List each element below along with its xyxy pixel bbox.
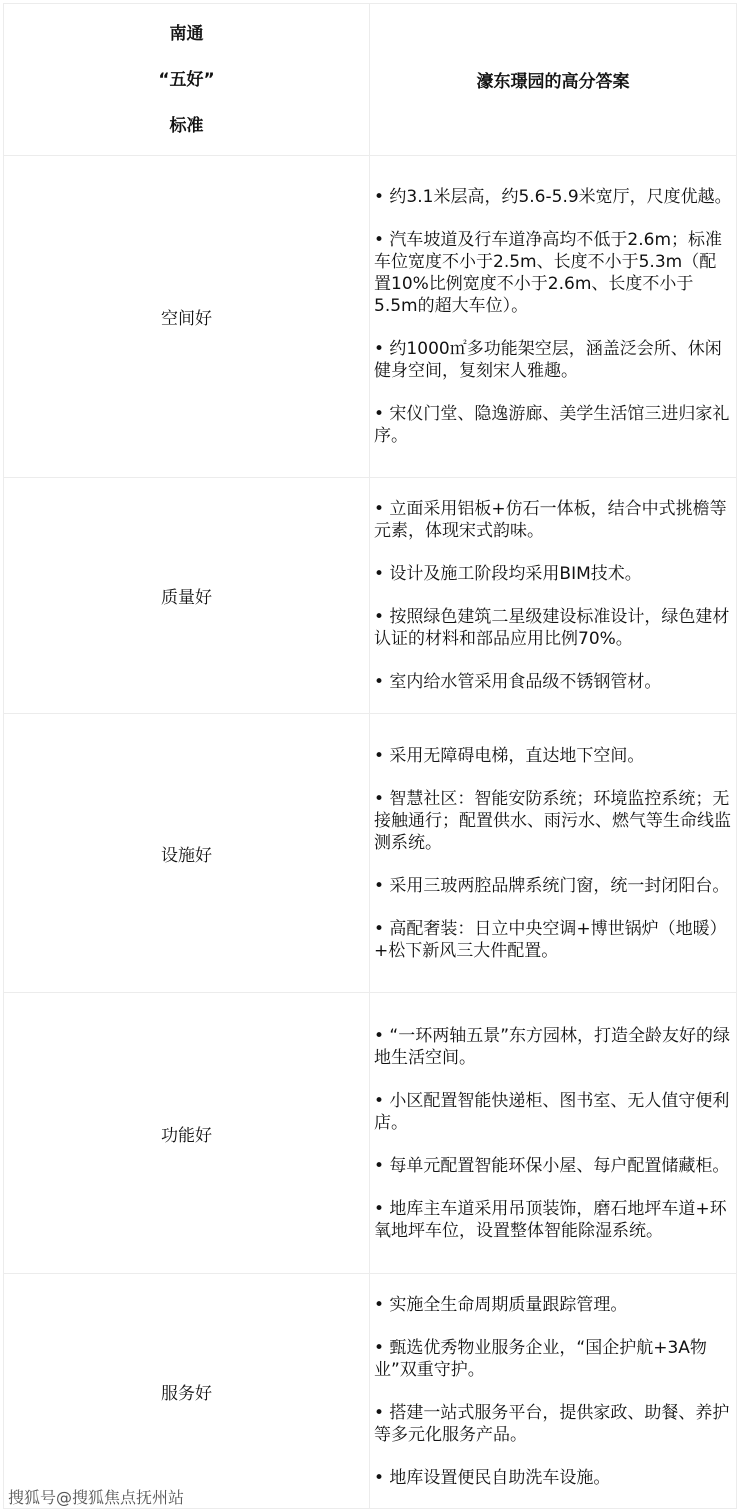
table-row: 服务好 • 实施全生命周期质量跟踪管理。 • 甄选优秀物业服务企业，“国企护航+… [4, 1274, 737, 1509]
list-item: • 地库主车道采用吊顶装饰，磨石地坪车道+环氧地坪车位，设置整体智能除湿系统。 [374, 1198, 732, 1242]
list-item: • 智慧社区：智能安防系统；环境监控系统；无接触通行；配置供水、雨污水、燃气等生… [374, 788, 732, 854]
list-item: • 甄选优秀物业服务企业，“国企护航+3A物业”双重守护。 [374, 1337, 732, 1381]
table-row: 空间好 • 约3.1米层高，约5.6-5.9米宽厅，尺度优越。 • 汽车坡道及行… [4, 156, 737, 478]
list-item: • 搭建一站式服务平台，提供家政、助餐、养护等多元化服务产品。 [374, 1402, 732, 1446]
table-header-row: 南通 “五好” 标准 濠东璟园的高分答案 [4, 4, 737, 156]
list-item: • 约3.1米层高，约5.6-5.9米宽厅，尺度优越。 [374, 186, 732, 208]
five-good-standards-table: 南通 “五好” 标准 濠东璟园的高分答案 空间好 • 约3.1米层高，约5.6-… [3, 3, 737, 1509]
list-item: • 汽车坡道及行车道净高均不低于2.6m；标准车位宽度不小于2.5m、长度不小于… [374, 229, 732, 317]
list-item: • 实施全生命周期质量跟踪管理。 [374, 1294, 732, 1316]
header-answer-cell: 濠东璟园的高分答案 [370, 4, 737, 156]
table-row: 设施好 • 采用无障碍电梯，直达地下空间。 • 智慧社区：智能安防系统；环境监控… [4, 714, 737, 993]
list-item: • 每单元配置智能环保小屋、每户配置储藏柜。 [374, 1155, 732, 1177]
row-label: 空间好 [4, 156, 370, 478]
row-content: • 立面采用铝板+仿石一体板，结合中式挑檐等元素，体现宋式韵味。 • 设计及施工… [370, 478, 737, 714]
header-line: “五好” [4, 57, 369, 103]
row-label: 服务好 [4, 1274, 370, 1509]
list-item: • 宋仪门堂、隐逸游廊、美学生活馆三进归家礼序。 [374, 403, 732, 447]
header-line: 标准 [4, 103, 369, 149]
list-item: • 地库设置便民自助洗车设施。 [374, 1467, 732, 1489]
row-content: • 实施全生命周期质量跟踪管理。 • 甄选优秀物业服务企业，“国企护航+3A物业… [370, 1274, 737, 1509]
row-label: 功能好 [4, 993, 370, 1274]
list-item: • 设计及施工阶段均采用BIM技术。 [374, 563, 732, 585]
source-watermark: 搜狐号@搜狐焦点抚州站 [8, 1485, 184, 1508]
header-line: 南通 [4, 11, 369, 57]
row-content: • 约3.1米层高，约5.6-5.9米宽厅，尺度优越。 • 汽车坡道及行车道净高… [370, 156, 737, 478]
row-content: • “一环两轴五景”东方园林，打造全龄友好的绿地生活空间。 • 小区配置智能快递… [370, 993, 737, 1274]
list-item: • 小区配置智能快递柜、图书室、无人值守便利店。 [374, 1090, 732, 1134]
row-label: 设施好 [4, 714, 370, 993]
list-item: • 按照绿色建筑二星级建设标准设计，绿色建材认证的材料和部品应用比例70%。 [374, 606, 732, 650]
list-item: • “一环两轴五景”东方园林，打造全龄友好的绿地生活空间。 [374, 1025, 732, 1069]
table-row: 功能好 • “一环两轴五景”东方园林，打造全龄友好的绿地生活空间。 • 小区配置… [4, 993, 737, 1274]
table-row: 质量好 • 立面采用铝板+仿石一体板，结合中式挑檐等元素，体现宋式韵味。 • 设… [4, 478, 737, 714]
row-label: 质量好 [4, 478, 370, 714]
list-item: • 室内给水管采用食品级不锈钢管材。 [374, 671, 732, 693]
header-standard-cell: 南通 “五好” 标准 [4, 4, 370, 156]
list-item: • 采用三玻两腔品牌系统门窗，统一封闭阳台。 [374, 875, 732, 897]
list-item: • 高配奢装：日立中央空调+博世锅炉（地暖）+松下新风三大件配置。 [374, 918, 732, 962]
list-item: • 立面采用铝板+仿石一体板，结合中式挑檐等元素，体现宋式韵味。 [374, 498, 732, 542]
row-content: • 采用无障碍电梯，直达地下空间。 • 智慧社区：智能安防系统；环境监控系统；无… [370, 714, 737, 993]
list-item: • 约1000㎡多功能架空层，涵盖泛会所、休闲健身空间，复刻宋人雅趣。 [374, 338, 732, 382]
list-item: • 采用无障碍电梯，直达地下空间。 [374, 745, 732, 767]
